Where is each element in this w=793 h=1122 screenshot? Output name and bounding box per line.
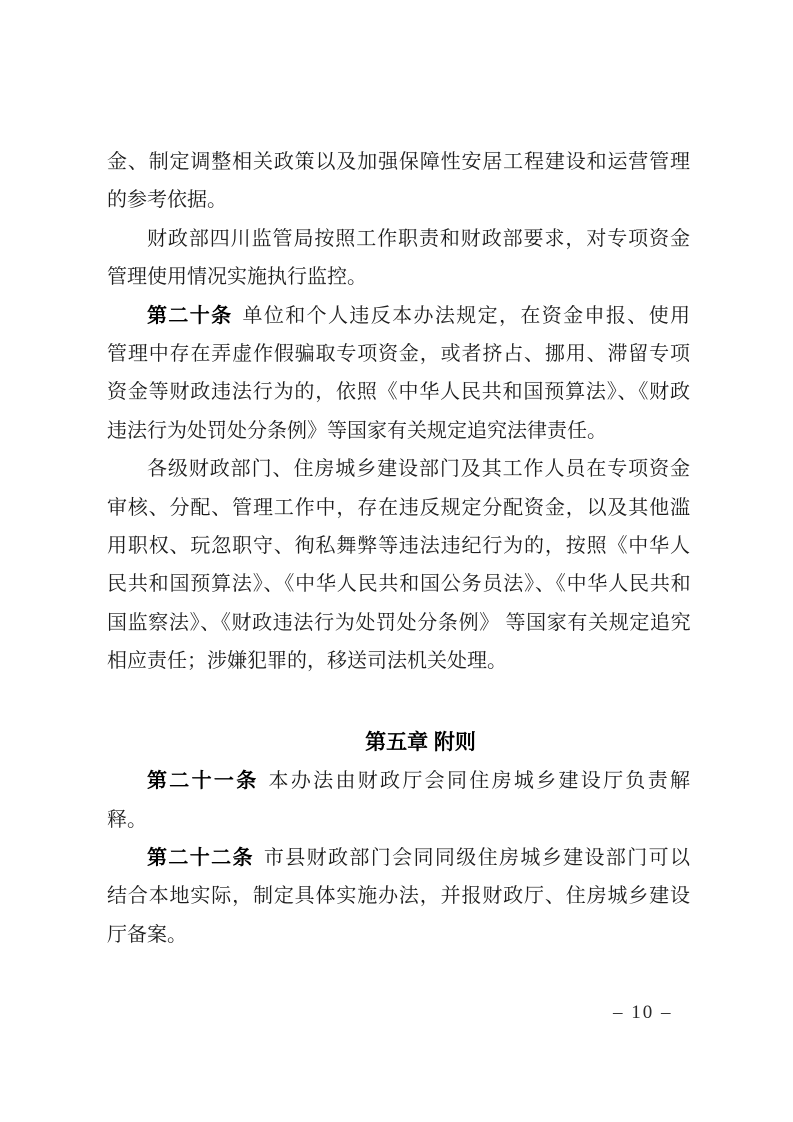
body-line: 违法行为处罚处分条例》等国家有关规定追究法律责任。 <box>107 412 690 450</box>
body-line: 结合本地实际，制定具体实施办法，并报财政厅、住房城乡建设 <box>107 877 690 915</box>
body-line: 民共和国预算法》、《中华人民共和国公务员法》、《中华人民共和 <box>107 565 690 603</box>
body-line: 厅备案。 <box>107 916 690 954</box>
line-text: 市县财政部门会同同级住房城乡建设部门可以 <box>264 847 690 869</box>
body-line: 第二十条单位和个人违反本办法规定，在资金申报、使用 <box>107 297 690 335</box>
body-line: 财政部四川监管局按照工作职责和财政部要求，对专项资金 <box>107 220 690 258</box>
article-number: 第二十条 <box>147 305 233 327</box>
article-number: 第二十二条 <box>147 847 254 869</box>
body-line: 管理中存在弄虚作假骗取专项资金，或者挤占、挪用、滞留专项 <box>107 335 690 373</box>
body-line: 第二十二条市县财政部门会同同级住房城乡建设部门可以 <box>107 839 690 877</box>
body-line: 第二十一条本办法由财政厅会同住房城乡建设厅负责解 <box>107 762 690 800</box>
body-line: 国监察法》、《财政违法行为处罚处分条例》 等国家有关规定追究 <box>107 604 690 642</box>
body-line: 管理使用情况实施执行监控。 <box>107 258 690 296</box>
chapter-heading: 第五章 附则 <box>107 724 690 762</box>
page-number: – 10 – <box>613 1002 673 1024</box>
body-line: 审核、分配、管理工作中，存在违反规定分配资金，以及其他滥 <box>107 489 690 527</box>
article-number: 第二十一条 <box>147 770 259 792</box>
body-line: 金、制定调整相关政策以及加强保障性安居工程建设和运营管理 <box>107 143 690 181</box>
body-line: 各级财政部门、住房城乡建设部门及其工作人员在专项资金 <box>107 450 690 488</box>
line-text: 单位和个人违反本办法规定，在资金申报、使用 <box>243 305 691 327</box>
document-body: 金、制定调整相关政策以及加强保障性安居工程建设和运营管理 的参考依据。 财政部四… <box>107 143 690 954</box>
document-page: 金、制定调整相关政策以及加强保障性安居工程建设和运营管理 的参考依据。 财政部四… <box>0 0 793 1122</box>
body-line: 释。 <box>107 801 690 839</box>
line-text: 本办法由财政厅会同住房城乡建设厅负责解 <box>269 770 690 792</box>
body-line: 用职权、玩忽职守、徇私舞弊等违法违纪行为的，按照《中华人 <box>107 527 690 565</box>
body-line: 的参考依据。 <box>107 181 690 219</box>
body-line: 资金等财政违法行为的，依照《中华人民共和国预算法》、《财政 <box>107 373 690 411</box>
blank-line <box>107 680 690 718</box>
body-line: 相应责任；涉嫌犯罪的，移送司法机关处理。 <box>107 642 690 680</box>
